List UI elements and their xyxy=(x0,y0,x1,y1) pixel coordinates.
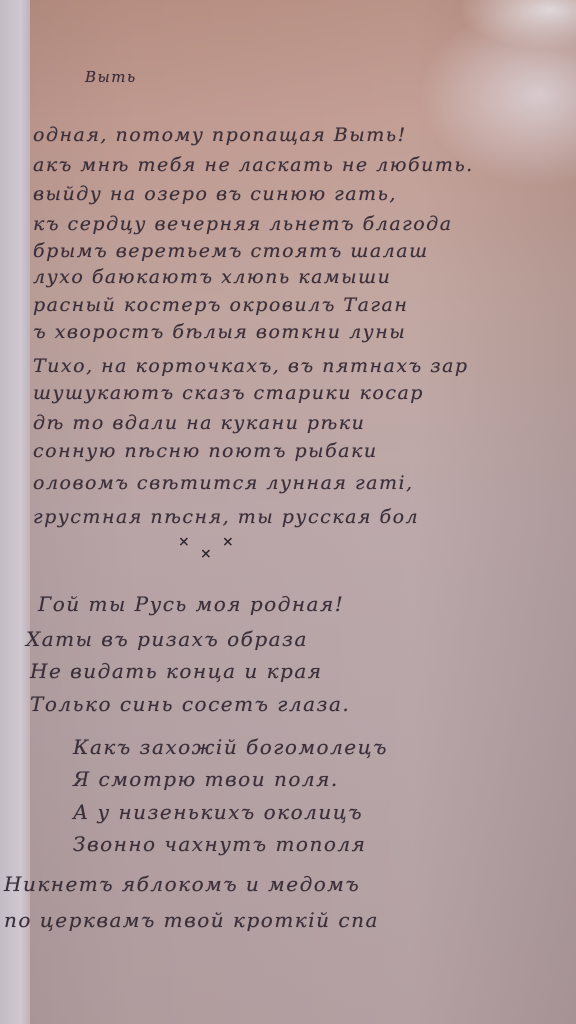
poem-line: Не видать конца и края xyxy=(30,659,323,683)
poem-line: оловомъ свѣтится лунная гаті, xyxy=(33,472,414,494)
poem-line: къ сердцу вечерняя льнетъ благода xyxy=(33,213,453,235)
poem-line: выйду на озеро въ синюю гать, xyxy=(33,183,397,205)
poem-line: одная, потому пропащая Выть! xyxy=(33,124,407,146)
star-mark-icon: × xyxy=(222,534,234,550)
poem-line: сонную пѣсню поютъ рыбаки xyxy=(33,440,378,462)
poem-line: грустная пѣсня, ты русская бол xyxy=(33,506,419,528)
frame-edge xyxy=(0,0,30,1024)
poem-line: Какъ захожій богомолецъ xyxy=(73,735,388,759)
poem-line: Я смотрю твои поля. xyxy=(73,767,339,791)
poem-title: Выть xyxy=(85,68,137,86)
poem-line: шушукаютъ сказъ старики косар xyxy=(33,382,424,404)
poem-line: по церквамъ твой кроткій спа xyxy=(4,908,379,932)
poem-line: А у низенькихъ околицъ xyxy=(73,800,363,824)
poem-line: Тихо, на корточкахъ, въ пятнахъ зар xyxy=(33,355,469,377)
poem-line: расный костеръ окровилъ Таган xyxy=(33,294,408,316)
poem-line: Хаты въ ризахъ образа xyxy=(26,627,308,651)
poem-line: Гой ты Русь моя родная! xyxy=(38,592,344,616)
poem-line: дѣ то вдали на кукани рѣки xyxy=(33,412,365,434)
poem-line: акъ мнѣ тебя не ласкать не любить. xyxy=(33,154,474,176)
poem-line: ъ хворостъ бѣлыя воткни луны xyxy=(33,321,406,343)
poem-line: Звонно чахнутъ тополя xyxy=(73,832,366,856)
poem-line: брымъ веретьемъ стоятъ шалаш xyxy=(33,240,429,262)
poem-line: Никнетъ яблокомъ и медомъ xyxy=(4,872,360,896)
poem-line: Только синь сосетъ глаза. xyxy=(30,692,350,716)
poem-line: лухо баюкаютъ хлюпь камыши xyxy=(33,266,391,288)
star-mark-icon: × xyxy=(178,534,190,550)
star-mark-icon: × xyxy=(200,546,212,562)
section-separator: × × × xyxy=(172,534,242,564)
